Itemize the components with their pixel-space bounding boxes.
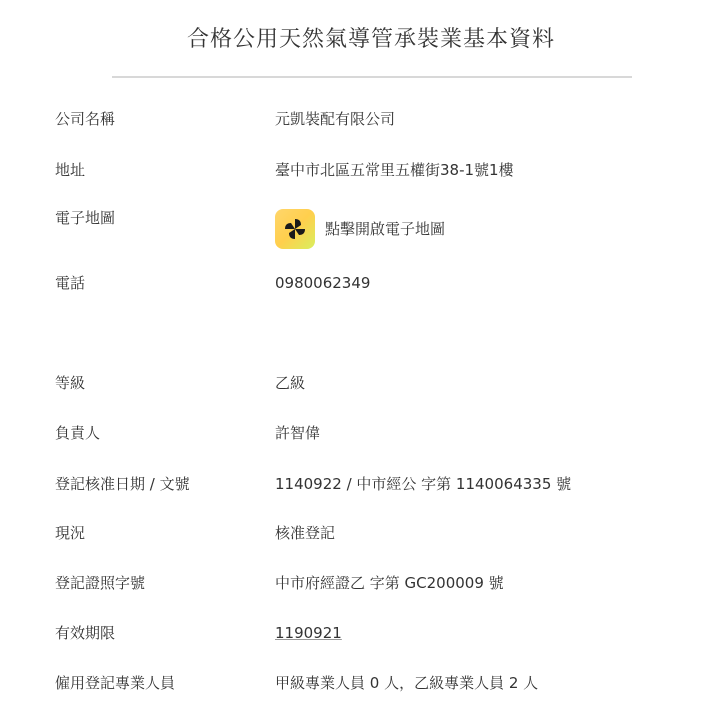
grade-value: 乙級	[275, 368, 305, 398]
open-map-link[interactable]: 點擊開啟電子地圖	[275, 209, 445, 249]
staff-value: 甲級專業人員 0 人，乙級專業人員 2 人	[275, 668, 538, 698]
address-label: 地址	[55, 155, 85, 185]
company-name-value: 元凱裝配有限公司	[275, 104, 395, 134]
valid-until-label: 有效期限	[55, 618, 115, 648]
row-valid-until: 有效期限 1190921	[0, 618, 710, 648]
page-title: 合格公用天然氣導管承裝業基本資料	[0, 22, 710, 53]
phone-label: 電話	[55, 268, 85, 298]
responsible-person-label: 負責人	[55, 418, 100, 448]
row-phone: 電話 0980062349	[0, 268, 710, 298]
map-label: 電子地圖	[55, 203, 115, 233]
title-divider	[112, 76, 632, 78]
row-address: 地址 臺中市北區五常里五權街38-1號1樓	[0, 155, 710, 185]
row-status: 現況 核准登記	[0, 518, 710, 548]
row-approval-date: 登記核准日期 / 文號 1140922 / 中市經公 字第 1140064335…	[0, 469, 710, 499]
map-pinwheel-icon	[275, 209, 315, 249]
row-certificate-no: 登記證照字號 中市府經證乙 字第 GC200009 號	[0, 568, 710, 598]
valid-until-value: 1190921	[275, 618, 342, 648]
status-label: 現況	[55, 518, 85, 548]
certificate-no-label: 登記證照字號	[55, 568, 145, 598]
certificate-no-value: 中市府經證乙 字第 GC200009 號	[275, 568, 504, 598]
row-responsible-person: 負責人 許智偉	[0, 418, 710, 448]
phone-value: 0980062349	[275, 268, 370, 298]
responsible-person-value: 許智偉	[275, 418, 320, 448]
company-name-label: 公司名稱	[55, 104, 115, 134]
address-value: 臺中市北區五常里五權街38-1號1樓	[275, 155, 514, 185]
row-staff: 僱用登記專業人員 甲級專業人員 0 人，乙級專業人員 2 人	[0, 668, 710, 698]
row-company-name: 公司名稱 元凱裝配有限公司	[0, 104, 710, 134]
open-map-link-text: 點擊開啟電子地圖	[325, 214, 445, 244]
row-map: 電子地圖 點擊開啟電子地圖	[0, 203, 710, 247]
status-value: 核准登記	[275, 518, 335, 548]
row-grade: 等級 乙級	[0, 368, 710, 398]
approval-date-label: 登記核准日期 / 文號	[55, 469, 190, 499]
staff-label: 僱用登記專業人員	[55, 668, 175, 698]
approval-date-value: 1140922 / 中市經公 字第 1140064335 號	[275, 469, 571, 499]
grade-label: 等級	[55, 368, 85, 398]
